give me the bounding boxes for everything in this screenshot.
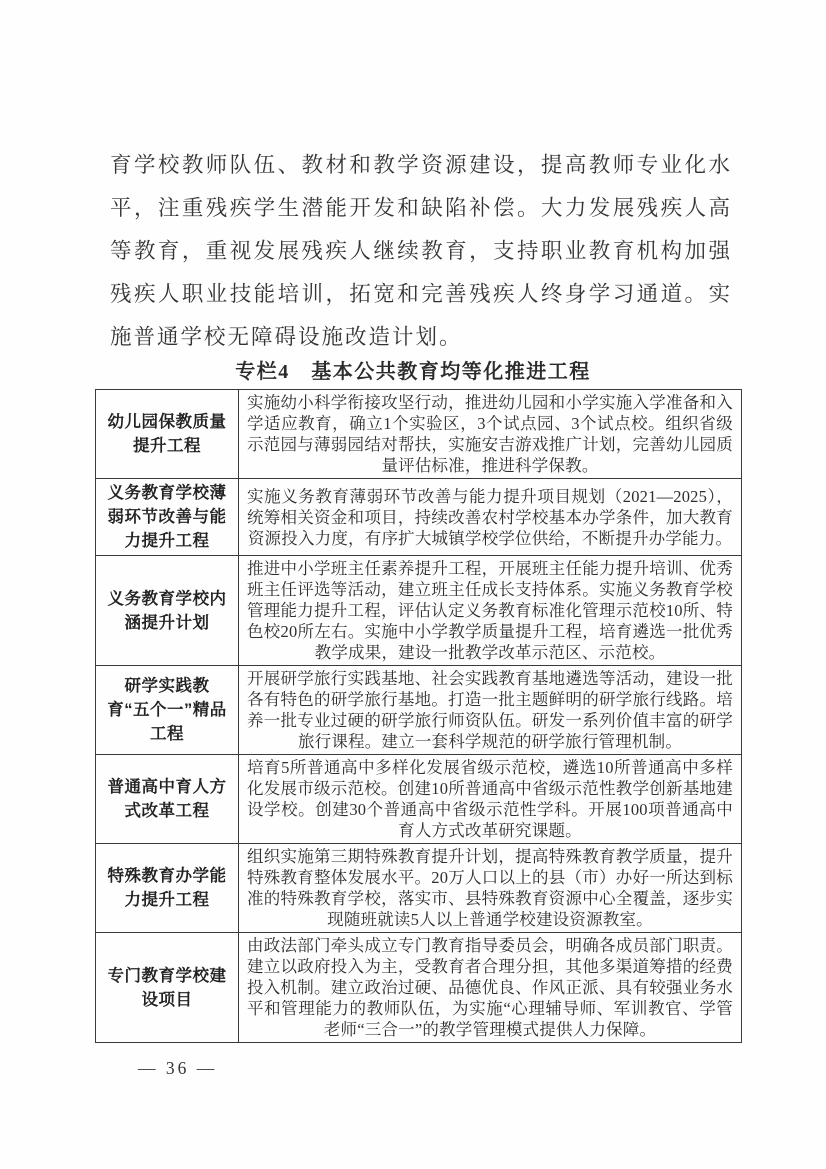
row-content: 推进中小学班主任素养提升工程，开展班主任能力提升培训、优秀班主任评选等活动，建立… bbox=[239, 556, 742, 666]
row-content: 实施幼小科学衔接攻坚行动，推进幼儿园和小学实施入学准备和入学适应教育，确立1个实… bbox=[239, 390, 742, 479]
row-label: 特殊教育办学能力提升工程 bbox=[96, 844, 239, 933]
table-row: 研学实践教育“五个一”精品工程 开展研学旅行实践基地、社会实践教育基地遴选等活动… bbox=[96, 666, 742, 755]
page-number: — 36 — bbox=[138, 1058, 217, 1079]
table-row: 义务教育学校薄弱环节改善与能力提升工程 实施义务教育薄弱环节改善与能力提升项目规… bbox=[96, 479, 742, 556]
row-label: 义务教育学校内涵提升计划 bbox=[96, 556, 239, 666]
table-row: 义务教育学校内涵提升计划 推进中小学班主任素养提升工程，开展班主任能力提升培训、… bbox=[96, 556, 742, 666]
table-row: 特殊教育办学能力提升工程 组织实施第三期特殊教育提升计划，提高特殊教育教学质量，… bbox=[96, 844, 742, 933]
table-row: 幼儿园保教质量提升工程 实施幼小科学衔接攻坚行动，推进幼儿园和小学实施入学准备和… bbox=[96, 390, 742, 479]
program-table: 幼儿园保教质量提升工程 实施幼小科学衔接攻坚行动，推进幼儿园和小学实施入学准备和… bbox=[95, 389, 742, 1043]
row-content: 开展研学旅行实践基地、社会实践教育基地遴选等活动，建设一批各有特色的研学旅行基地… bbox=[239, 666, 742, 755]
row-label: 专门教育学校建设项目 bbox=[96, 933, 239, 1043]
row-content: 培育5所普通高中多样化发展省级示范校，遴选10所普通高中多样化发展市级示范校。创… bbox=[239, 755, 742, 844]
table-row: 专门教育学校建设项目 由政法部门牵头成立专门教育指导委员会，明确各成员部门职责。… bbox=[96, 933, 742, 1043]
table-row: 普通高中育人方式改革工程 培育5所普通高中多样化发展省级示范校，遴选10所普通高… bbox=[96, 755, 742, 844]
table-title: 专栏4 基本公共教育均等化推进工程 bbox=[0, 355, 826, 384]
row-label: 幼儿园保教质量提升工程 bbox=[96, 390, 239, 479]
row-content: 组织实施第三期特殊教育提升计划，提高特殊教育教学质量，提升特殊教育整体发展水平。… bbox=[239, 844, 742, 933]
row-content: 由政法部门牵头成立专门教育指导委员会，明确各成员部门职责。建立以政府投入为主，受… bbox=[239, 933, 742, 1043]
row-label: 研学实践教育“五个一”精品工程 bbox=[96, 666, 239, 755]
body-paragraph: 育学校教师队伍、教材和教学资源建设，提高教师专业化水平，注重残疾学生潜能开发和缺… bbox=[110, 144, 732, 359]
row-label: 义务教育学校薄弱环节改善与能力提升工程 bbox=[96, 479, 239, 556]
document-page: 育学校教师队伍、教材和教学资源建设，提高教师专业化水平，注重残疾学生潜能开发和缺… bbox=[0, 0, 826, 1169]
row-content: 实施义务教育薄弱环节改善与能力提升项目规划（2021—2025），统筹相关资金和… bbox=[239, 479, 742, 556]
row-label: 普通高中育人方式改革工程 bbox=[96, 755, 239, 844]
